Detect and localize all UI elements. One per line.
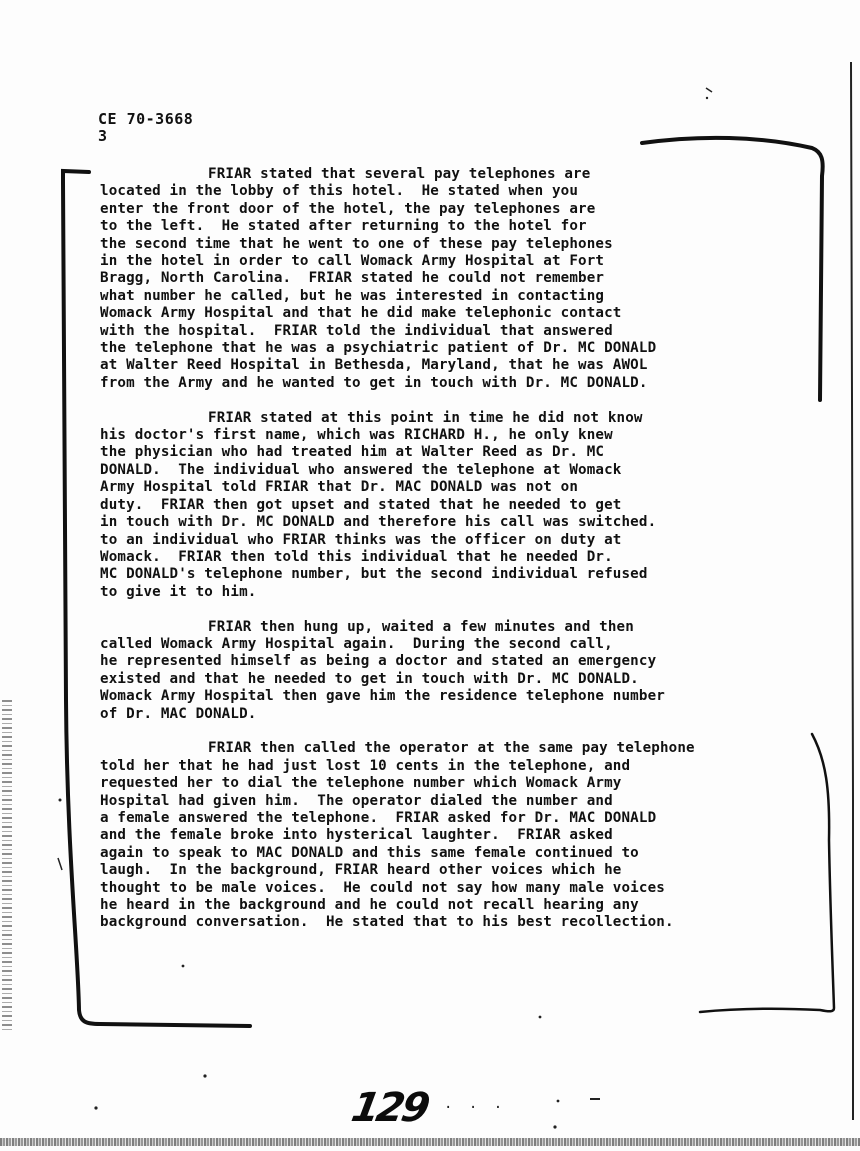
text-line: duty. FRIAR then got upset and stated th… — [100, 497, 820, 514]
text-line: again to speak to MAC DONALD and this sa… — [100, 845, 820, 862]
text-line: FRIAR stated that several pay telephones… — [100, 166, 820, 183]
text-line: Womack Army Hospital and that he did mak… — [100, 305, 820, 322]
text-line: to an individual who FRIAR thinks was th… — [100, 532, 820, 549]
text-line: Army Hospital told FRIAR that Dr. MAC DO… — [100, 479, 820, 496]
text-line: FRIAR stated at this point in time he di… — [100, 410, 820, 427]
scan-bottom-edge — [0, 1138, 860, 1146]
text-line: from the Army and he wanted to get in to… — [100, 375, 820, 392]
text-line: the physician who had treated him at Wal… — [100, 444, 820, 461]
text-line: the second time that he went to one of t… — [100, 236, 820, 253]
paragraph-3: FRIAR then hung up, waited a few minutes… — [100, 619, 820, 723]
file-number: CE 70-3668 — [98, 111, 193, 128]
text-line: to give it to him. — [100, 584, 820, 601]
text-line: thought to be male voices. He could not … — [100, 880, 820, 897]
paragraph-2: FRIAR stated at this point in time he di… — [100, 410, 820, 601]
paragraph-4: FRIAR then called the operator at the sa… — [100, 740, 820, 931]
text-line: enter the front door of the hotel, the p… — [100, 201, 820, 218]
scan-edge-noise — [2, 700, 12, 1030]
text-line: with the hospital. FRIAR told the indivi… — [100, 323, 820, 340]
text-line: to the left. He stated after returning t… — [100, 218, 820, 235]
text-line: Womack. FRIAR then told this individual … — [100, 549, 820, 566]
page-index: 3 — [98, 128, 193, 145]
text-line: MC DONALD's telephone number, but the se… — [100, 566, 820, 583]
text-line: located in the lobby of this hotel. He s… — [100, 183, 820, 200]
trailing-marks: . . . — [444, 1096, 506, 1112]
text-line: laugh. In the background, FRIAR heard ot… — [100, 862, 820, 879]
text-line: what number he called, but he was intere… — [100, 288, 820, 305]
text-line: DONALD. The individual who answered the … — [100, 462, 820, 479]
text-line: a female answered the telephone. FRIAR a… — [100, 810, 820, 827]
document-header: CE 70-3668 3 — [98, 111, 193, 145]
text-line: FRIAR then hung up, waited a few minutes… — [100, 619, 820, 636]
text-line: background conversation. He stated that … — [100, 914, 820, 931]
text-line: Womack Army Hospital then gave him the r… — [100, 688, 820, 705]
text-line: existed and that he needed to get in tou… — [100, 671, 820, 688]
text-line: called Womack Army Hospital again. Durin… — [100, 636, 820, 653]
text-line: and the female broke into hysterical lau… — [100, 827, 820, 844]
text-line: Hospital had given him. The operator dia… — [100, 793, 820, 810]
paragraph-1: FRIAR stated that several pay telephones… — [100, 166, 820, 392]
text-line: his doctor's first name, which was RICHA… — [100, 427, 820, 444]
text-line: of Dr. MAC DONALD. — [100, 706, 820, 723]
text-line: he represented himself as being a doctor… — [100, 653, 820, 670]
handwritten-page-number: 129 — [348, 1085, 431, 1131]
text-line: told her that he had just lost 10 cents … — [100, 758, 820, 775]
text-line: he heard in the background and he could … — [100, 897, 820, 914]
text-line: at Walter Reed Hospital in Bethesda, Mar… — [100, 357, 820, 374]
text-line: in touch with Dr. MC DONALD and therefor… — [100, 514, 820, 531]
text-line: requested her to dial the telephone numb… — [100, 775, 820, 792]
text-line: Bragg, North Carolina. FRIAR stated he c… — [100, 270, 820, 287]
text-line: in the hotel in order to call Womack Arm… — [100, 253, 820, 270]
document-body: FRIAR stated that several pay telephones… — [100, 166, 820, 949]
document-page: CE 70-3668 3 FRIAR stated that several p… — [0, 0, 860, 1151]
text-line: FRIAR then called the operator at the sa… — [100, 740, 820, 757]
text-line: the telephone that he was a psychiatric … — [100, 340, 820, 357]
